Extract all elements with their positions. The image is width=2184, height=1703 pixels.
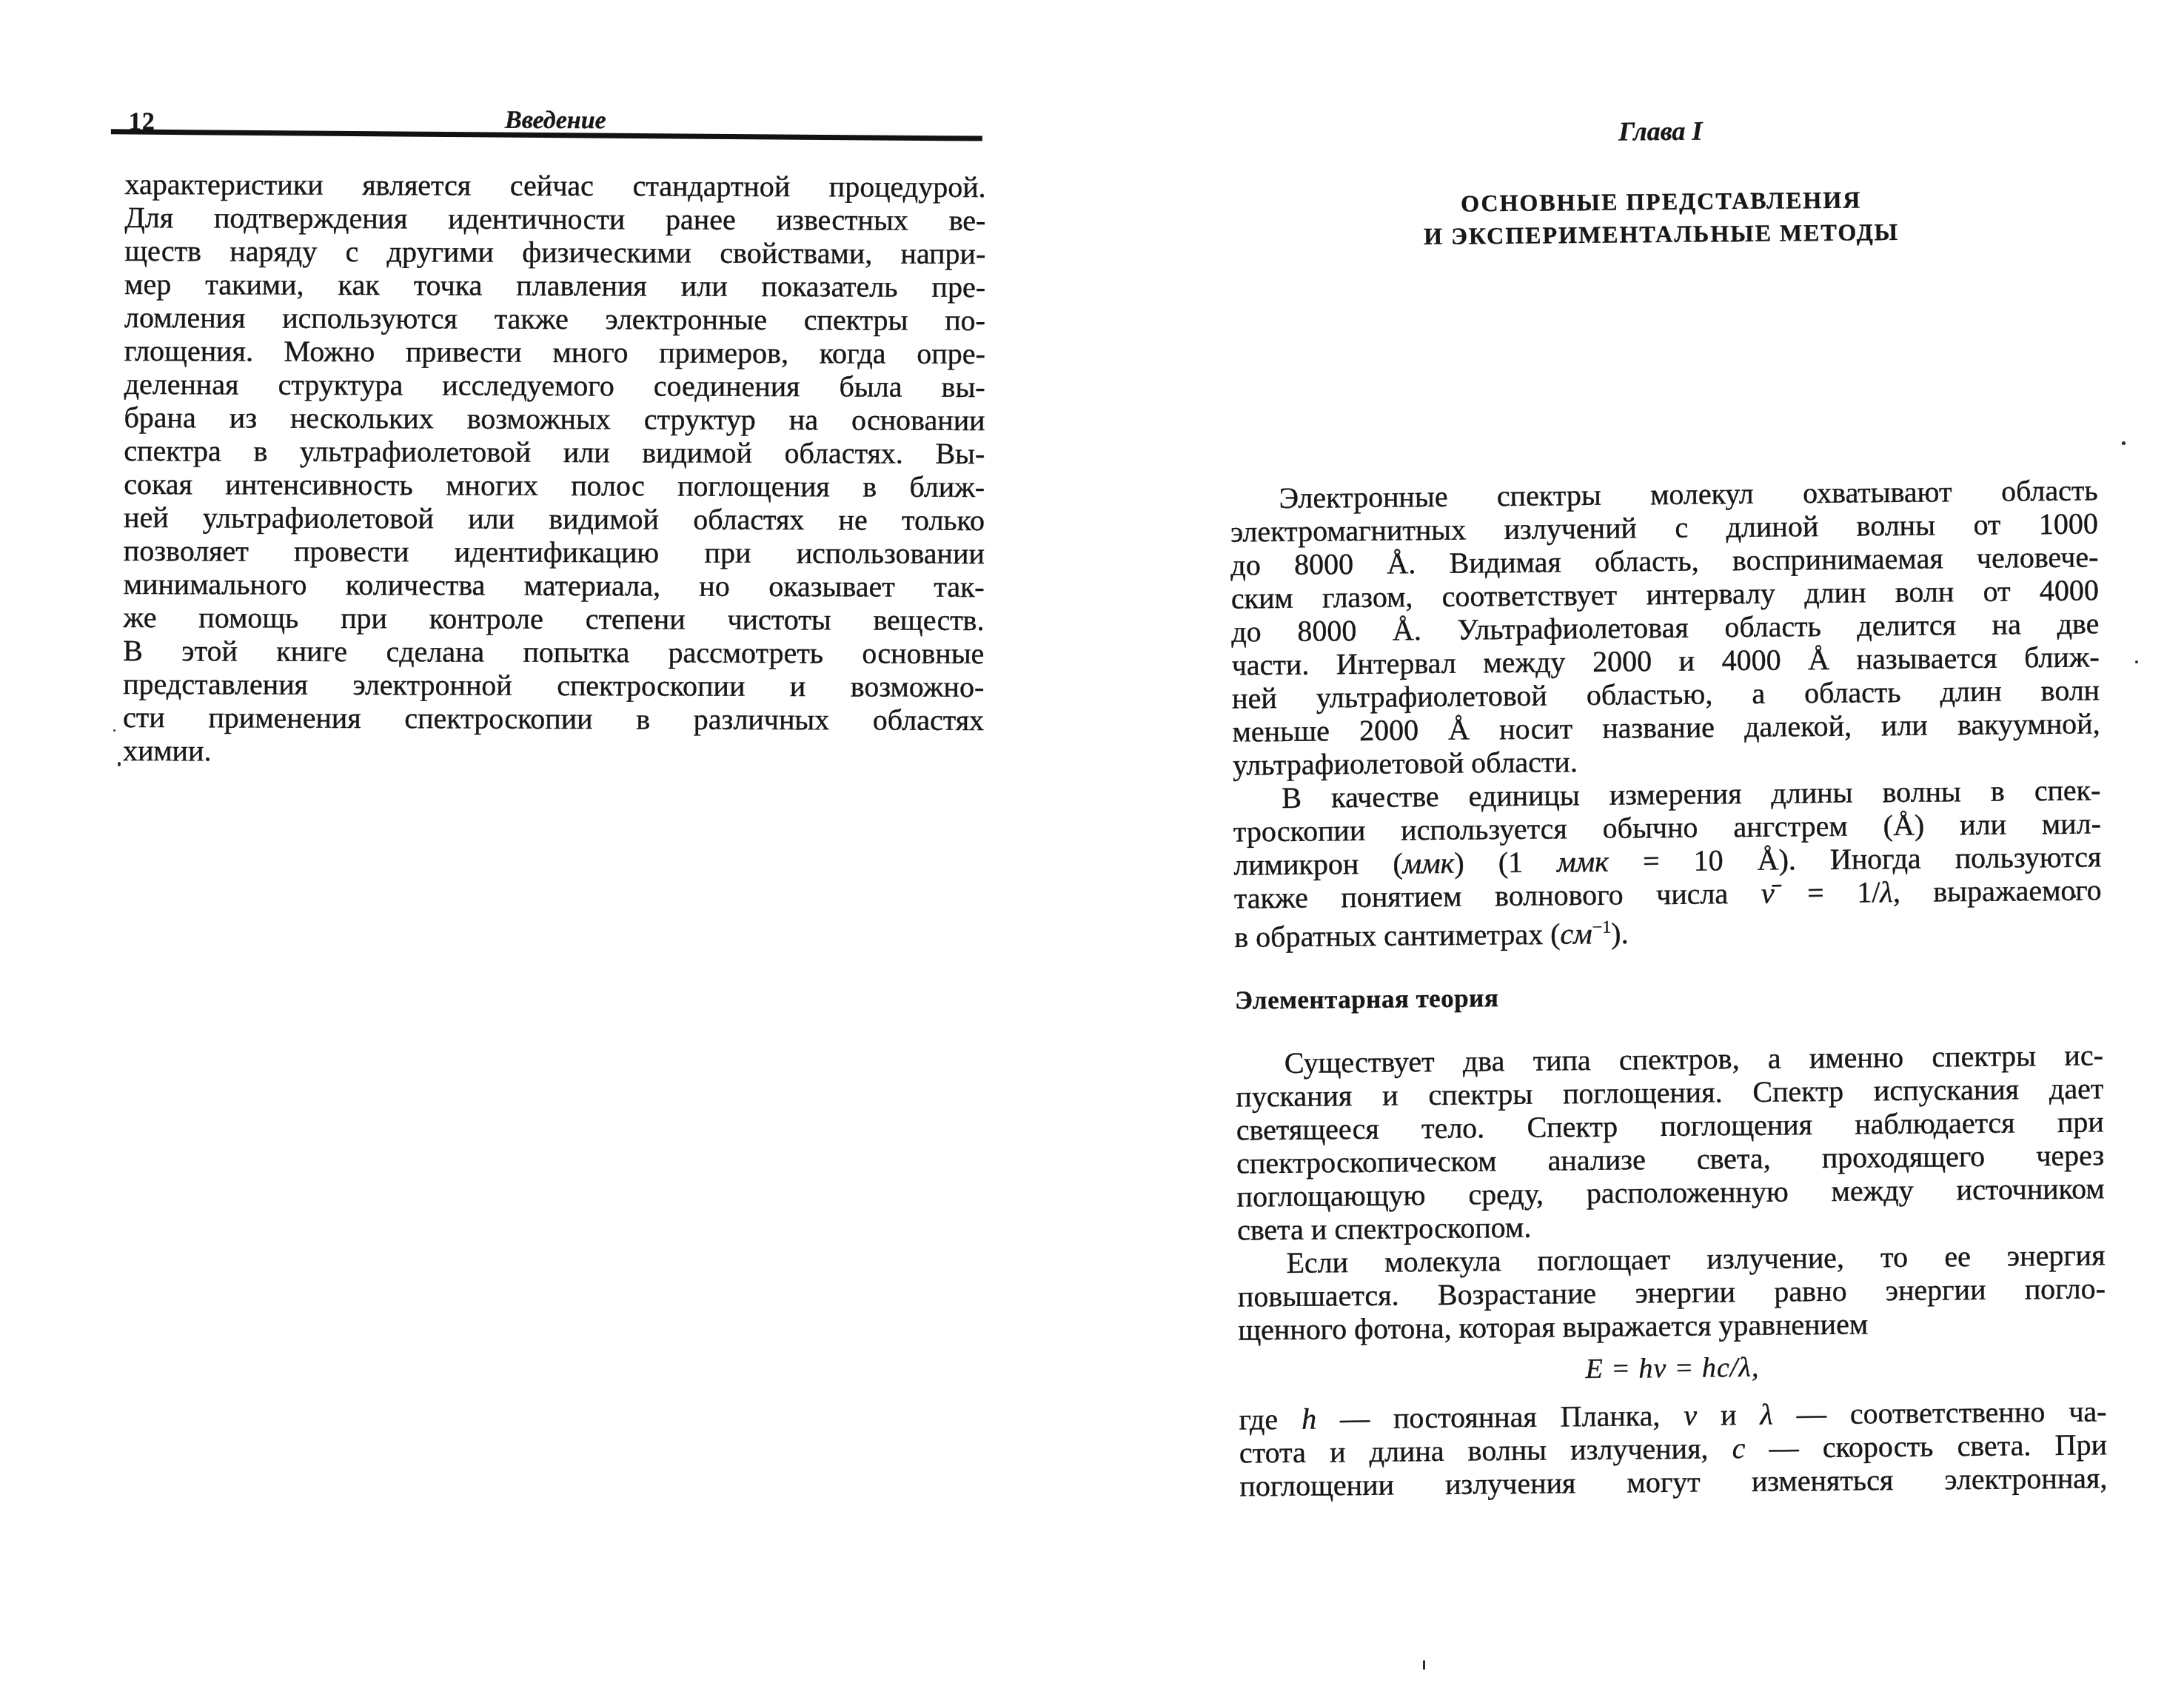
- text-line: ломления используются также электронные …: [124, 301, 985, 337]
- text-line: характеристики является сейчас стандартн…: [125, 167, 986, 204]
- scan-speck: [2072, 894, 2076, 898]
- text-line: спектра в ультрафиолетовой или видимой о…: [124, 434, 985, 470]
- text-line: представления электронной спектроскопии …: [123, 667, 984, 703]
- text-line: мер такими, как точка плавления или пока…: [124, 267, 985, 304]
- chapter-label: Глава I: [1227, 111, 2094, 150]
- right-page: Глава I ОСНОВНЫЕ ПРЕДСТАВЛЕНИЯ И ЭКСПЕРИ…: [1225, 0, 2109, 1703]
- text-line: минимального количества материала, но ок…: [124, 567, 985, 603]
- theory-paragraphs: Существует два типа спектров, а именно с…: [1236, 1038, 2106, 1346]
- text-line: брана из нескольких возможных структур н…: [124, 401, 985, 437]
- chapter-title: ОСНОВНЫЕ ПРЕДСТАВЛЕНИЯ И ЭКСПЕРИМЕНТАЛЬН…: [1227, 181, 2096, 254]
- text-line: ществ наряду с другими физическими свойс…: [124, 234, 985, 270]
- closing-paragraph: где h — постоянная Планка, ν и λ — соотв…: [1239, 1394, 2107, 1502]
- intro-paragraphs: Электронные спектры молекул охватывают о…: [1230, 473, 2102, 954]
- text-line: В этой книге сделана попытка рассмотреть…: [123, 634, 984, 670]
- energy-equation: E = hν = hc/λ,: [1239, 1348, 2106, 1388]
- section-heading: Элементарная теория: [1235, 983, 1499, 1015]
- scan-speck: [1423, 1660, 1425, 1670]
- left-page: 12 Введение характеристики является сейч…: [122, 102, 986, 890]
- scan-speck: [2122, 441, 2126, 445]
- text-line: деленная структура исследуемого соединен…: [124, 367, 985, 404]
- text-line: в обратных сантиметрах (см−1).: [1234, 906, 2102, 954]
- text-line: глощения. Можно привести много примеров,…: [124, 334, 985, 370]
- text-line: сокая интенсивность многих полос поглоще…: [124, 467, 985, 503]
- text-line: позволяет провести идентификацию при исп…: [124, 534, 985, 570]
- text-line: Для подтверждения идентичности ранее изв…: [124, 201, 985, 237]
- scan-speck: [2135, 660, 2138, 663]
- left-body-text: характеристики является сейчас стандартн…: [123, 167, 986, 770]
- text-line: ней ультрафиолетовой или видимой областя…: [124, 501, 985, 537]
- book-scan-spread: 12 Введение характеристики является сейч…: [0, 0, 2184, 1703]
- text-line: сти применения спектроскопии в различных…: [123, 700, 984, 737]
- text-line: химии.: [123, 734, 984, 770]
- scan-speck: [118, 762, 121, 766]
- scan-speck: [113, 729, 115, 732]
- text-line: же помощь при контроле степени чистоты в…: [123, 600, 984, 637]
